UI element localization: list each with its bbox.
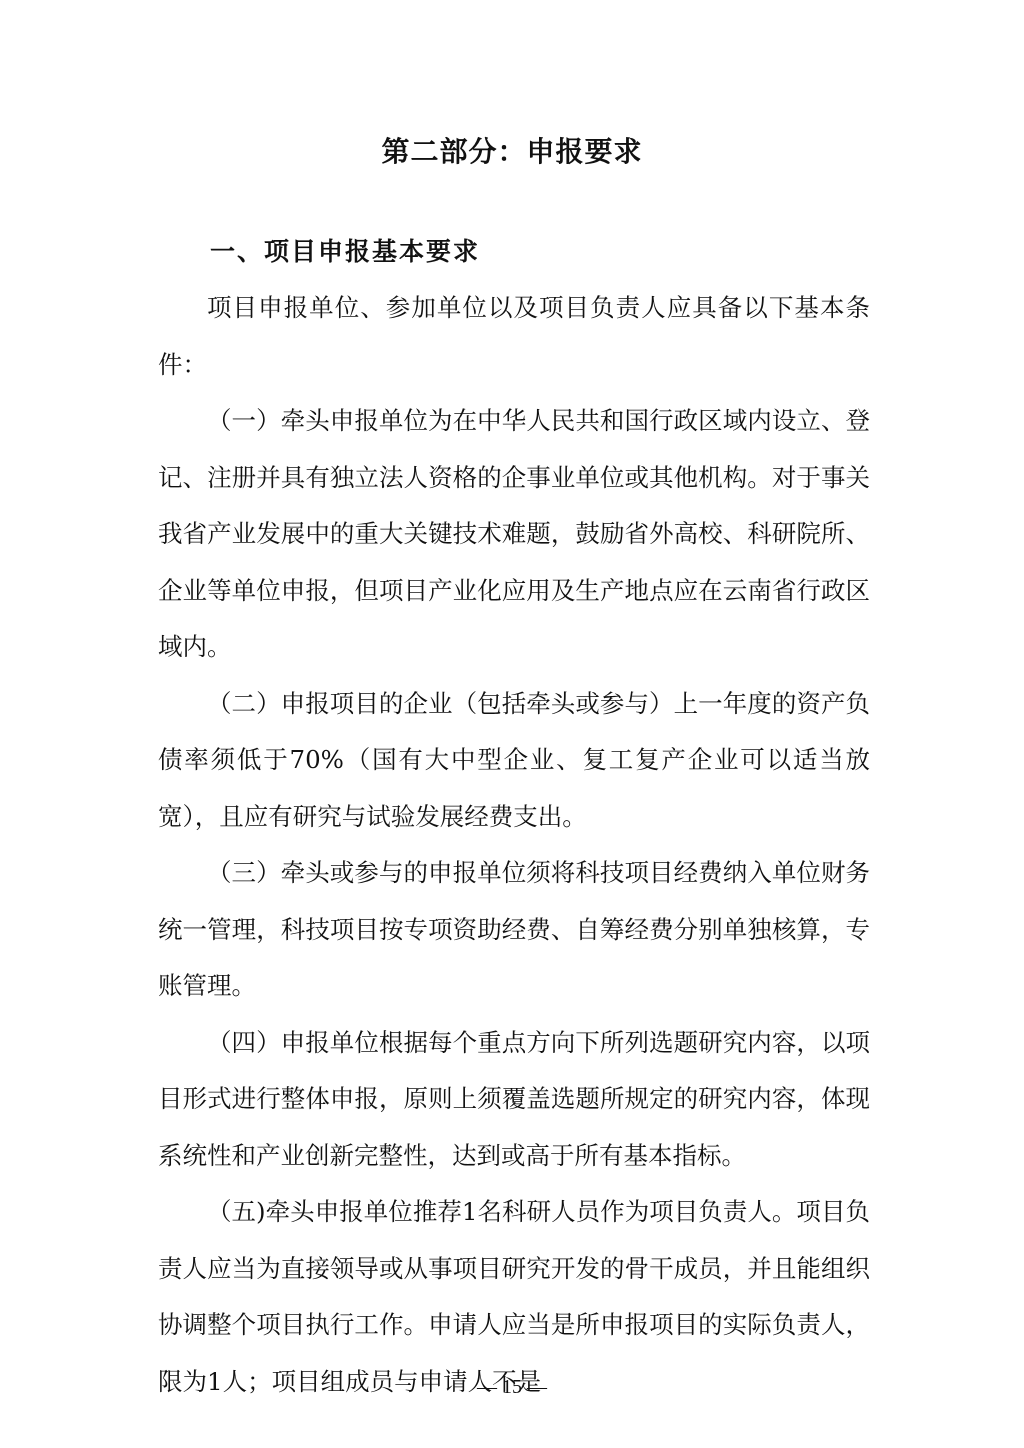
paragraph-item-4: （四）申报单位根据每个重点方向下所列选题研究内容，以项目形式进行整体申报，原则上…	[158, 1015, 870, 1185]
document-body: 项目申报单位、参加单位以及项目负责人应具备以下基本条件： （一）牵头申报单位为在…	[158, 280, 870, 1410]
paragraph-item-1: （一）牵头申报单位为在中华人民共和国行政区域内设立、登记、注册并具有独立法人资格…	[158, 393, 870, 676]
page-title: 第二部分：申报要求	[0, 130, 1024, 170]
paragraph-item-2: （二）申报项目的企业（包括牵头或参与）上一年度的资产负债率须低于70%（国有大中…	[158, 676, 870, 846]
section-heading: 一、项目申报基本要求	[210, 232, 480, 268]
paragraph-item-3: （三）牵头或参与的申报单位须将科技项目经费纳入单位财务统一管理，科技项目按专项资…	[158, 845, 870, 1015]
document-page: 第二部分：申报要求 一、项目申报基本要求 项目申报单位、参加单位以及项目负责人应…	[0, 0, 1024, 1448]
page-number: — 15 —	[0, 1376, 1024, 1399]
paragraph-intro: 项目申报单位、参加单位以及项目负责人应具备以下基本条件：	[158, 280, 870, 393]
